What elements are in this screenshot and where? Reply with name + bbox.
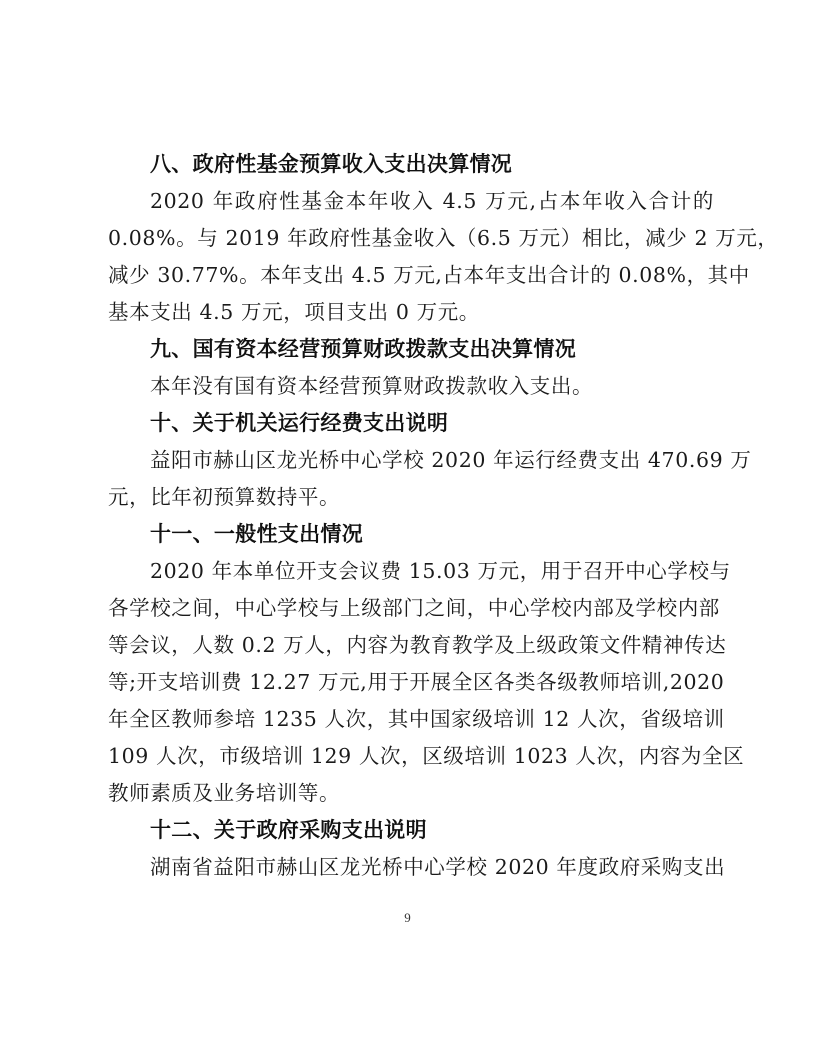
document-page: 八、政府性基金预算收入支出决算情况 2020 年政府性基金本年收入 4.5 万元…	[0, 0, 815, 1055]
section-heading-operating-expenses: 十、关于机关运行经费支出说明	[150, 408, 448, 438]
paragraph-line: 各学校之间，中心学校与上级部门之间，中心学校内部及学校内部	[108, 593, 714, 623]
paragraph-line: 年全区教师参培 1235 人次，其中国家级培训 12 人次，省级培训	[108, 704, 714, 734]
paragraph-line: 教师素质及业务培训等。	[108, 778, 714, 808]
section-heading-government-fund: 八、政府性基金预算收入支出决算情况	[150, 149, 512, 179]
paragraph-line: 基本支出 4.5 万元，项目支出 0 万元。	[108, 297, 714, 327]
section-heading-state-capital: 九、国有资本经营预算财政拨款支出决算情况	[150, 334, 576, 364]
section-heading-procurement: 十二、关于政府采购支出说明	[150, 815, 427, 845]
paragraph-line: 2020 年政府性基金本年收入 4.5 万元,占本年收入合计的	[150, 186, 714, 216]
paragraph-line: 本年没有国有资本经营预算财政拨款收入支出。	[150, 371, 714, 401]
paragraph-line: 2020 年本单位开支会议费 15.03 万元，用于召开中心学校与	[150, 556, 714, 586]
page-number: 9	[0, 910, 815, 926]
paragraph-line: 减少 30.77%。本年支出 4.5 万元,占本年支出合计的 0.08%，其中	[108, 260, 714, 290]
paragraph-line: 湖南省益阳市赫山区龙光桥中心学校 2020 年度政府采购支出	[150, 852, 714, 882]
paragraph-line: 益阳市赫山区龙光桥中心学校 2020 年运行经费支出 470.69 万	[150, 445, 714, 475]
paragraph-line: 0.08%。与 2019 年政府性基金收入（6.5 万元）相比，减少 2 万元，	[108, 223, 714, 253]
paragraph-line: 元，比年初预算数持平。	[108, 482, 714, 512]
paragraph-line: 109 人次，市级培训 129 人次，区级培训 1023 人次，内容为全区	[108, 741, 714, 771]
paragraph-line: 等会议，人数 0.2 万人，内容为教育教学及上级政策文件精神传达	[108, 630, 714, 660]
section-heading-general-expenditure: 十一、一般性支出情况	[150, 519, 363, 549]
paragraph-line: 等;开支培训费 12.27 万元,用于开展全区各类各级教师培训,2020	[108, 667, 714, 697]
